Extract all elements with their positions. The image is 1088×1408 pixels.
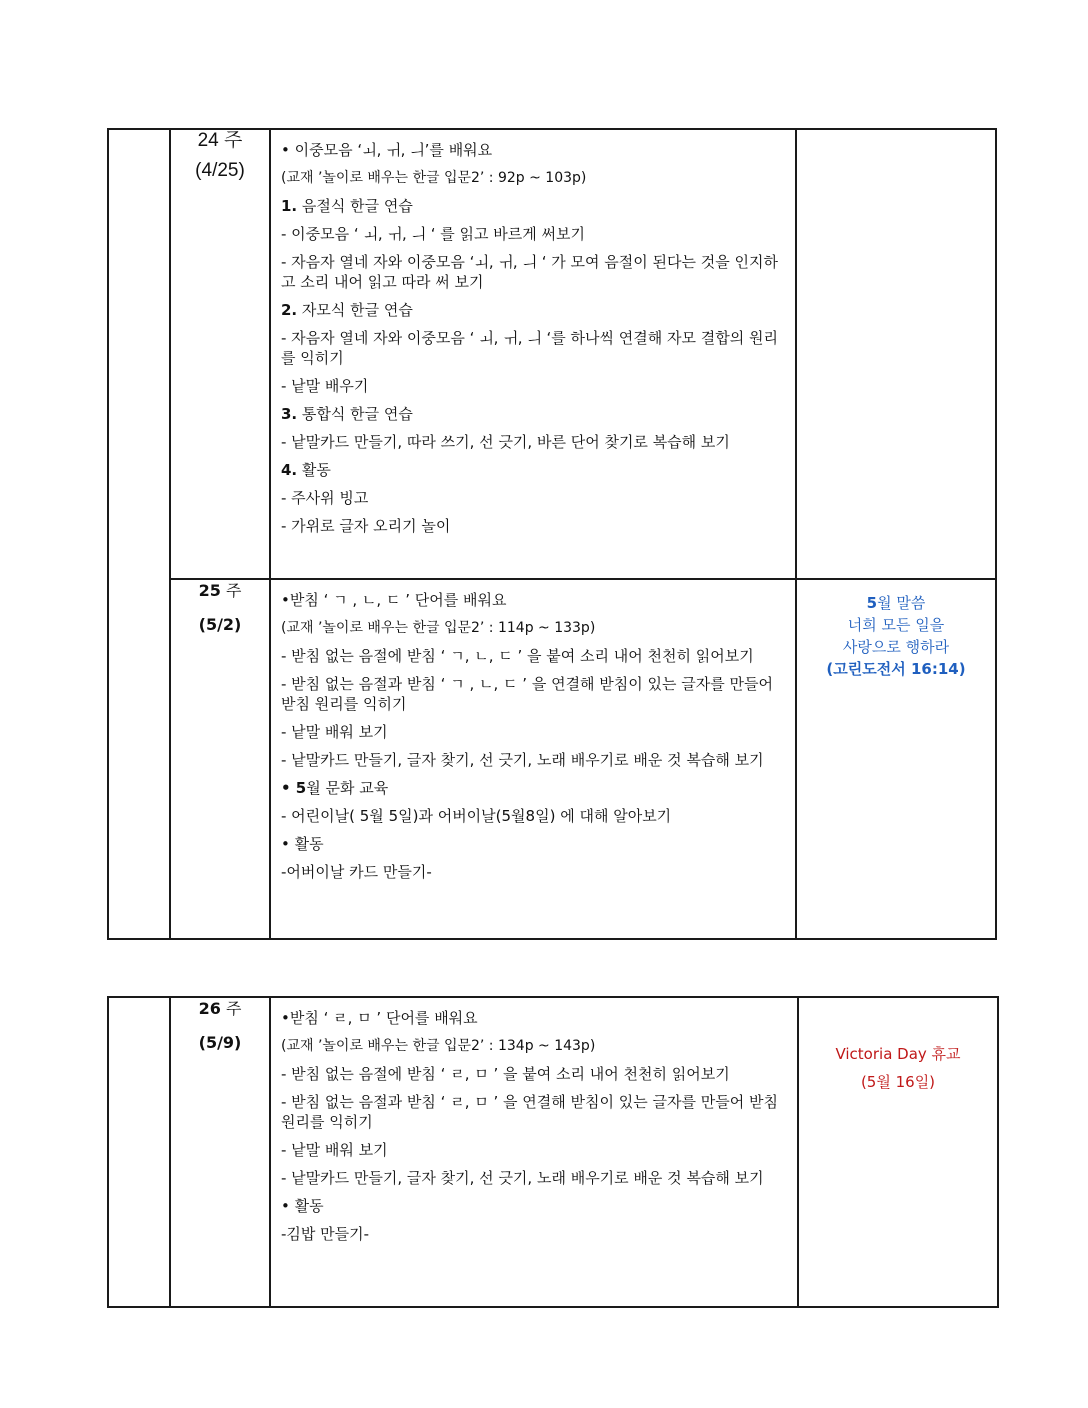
- week-label: 25 주: [171, 580, 269, 602]
- section-heading: 3. 통합식 한글 연습: [281, 404, 785, 424]
- curriculum-table-1: 24 주 (4/25) • 이중모음 ‘ㅚ, ㅟ, ㅢ’를 배워요 (교재 ’놀…: [107, 128, 997, 940]
- lesson-content-25: •받침 ‘ ㄱ , ㄴ, ㄷ ’ 단어를 배워요 (교재 ’놀이로 배우는 한글…: [270, 579, 796, 939]
- lesson-heading: • 이중모음 ‘ㅚ, ㅟ, ㅢ’를 배워요: [281, 140, 785, 160]
- week-date: (5/9): [171, 1032, 269, 1054]
- monthly-bible-verse: 5월 말씀 너희 모든 일을 사랑으로 행하라 (고린도전서 16:14): [797, 580, 995, 680]
- lesson-content-24: • 이중모음 ‘ㅚ, ㅟ, ㅢ’를 배워요 (교재 ’놀이로 배우는 한글 입문…: [270, 129, 796, 579]
- lesson-content-26: •받침 ‘ ㄹ, ㅁ ’ 단어를 배워요 (교재 ’놀이로 배우는 한글 입문2…: [270, 997, 798, 1307]
- lesson-item: - 가위로 글자 오리기 놀이: [281, 516, 785, 536]
- holiday-name: Victoria Day 휴교: [799, 1040, 997, 1068]
- lesson-item: - 받침 없는 음절에 받침 ‘ ㄱ, ㄴ, ㄷ ’ 을 붙여 소리 내어 천천…: [281, 646, 785, 666]
- note-cell-24: [796, 129, 996, 579]
- lesson-item: - 받침 없는 음절에 받침 ‘ ㄹ, ㅁ ’ 을 붙여 소리 내어 천천히 읽…: [281, 1064, 787, 1084]
- week-date: (5/2): [171, 614, 269, 636]
- lesson-item: - 낱말 배워 보기: [281, 1140, 787, 1160]
- lesson-item: - 낱말카드 만들기, 글자 찾기, 선 긋기, 노래 배우기로 배운 것 복습…: [281, 750, 785, 770]
- lesson-item: - 낱말 배우기: [281, 376, 785, 396]
- week-cell-24: 24 주 (4/25): [170, 129, 270, 579]
- textbook-reference: (교재 ’놀이로 배우는 한글 입문2’ : 92p ~ 103p): [281, 168, 785, 188]
- holiday-date: (5월 16일): [799, 1068, 997, 1096]
- lesson-item: - 낱말 배워 보기: [281, 722, 785, 742]
- curriculum-table-2: 26 주 (5/9) •받침 ‘ ㄹ, ㅁ ’ 단어를 배워요 (교재 ’놀이로…: [107, 996, 999, 1308]
- textbook-reference: (교재 ’놀이로 배우는 한글 입문2’ : 114p ~ 133p): [281, 618, 785, 638]
- lesson-item: - 받침 없는 음절과 받침 ‘ ㄹ, ㅁ ’ 을 연결해 받침이 있는 글자를…: [281, 1092, 787, 1132]
- week-cell-25: 25 주 (5/2): [170, 579, 270, 939]
- table-row-week-25: 25 주 (5/2) •받침 ‘ ㄱ , ㄴ, ㄷ ’ 단어를 배워요 (교재 …: [108, 579, 996, 939]
- section-heading: 4. 활동: [281, 460, 785, 480]
- week-cell-26: 26 주 (5/9): [170, 997, 270, 1307]
- lesson-item: - 낱말카드 만들기, 따라 쓰기, 선 긋기, 바른 단어 찾기로 복습해 보…: [281, 432, 785, 452]
- lesson-item: - 낱말카드 만들기, 글자 찾기, 선 긋기, 노래 배우기로 배운 것 복습…: [281, 1168, 787, 1188]
- section-heading: 2. 자모식 한글 연습: [281, 300, 785, 320]
- note-cell-25: 5월 말씀 너희 모든 일을 사랑으로 행하라 (고린도전서 16:14): [796, 579, 996, 939]
- note-cell-26: Victoria Day 휴교 (5월 16일): [798, 997, 998, 1307]
- lesson-heading: •받침 ‘ ㄹ, ㅁ ’ 단어를 배워요: [281, 1008, 787, 1028]
- lesson-item: -김밥 만들기-: [281, 1224, 787, 1244]
- holiday-notice: Victoria Day 휴교 (5월 16일): [799, 998, 997, 1096]
- verse-line: 사랑으로 행하라: [797, 636, 995, 658]
- lesson-item: - 주사위 빙고: [281, 488, 785, 508]
- lesson-item: - 어린이날( 5월 5일)과 어버이날(5월8일) 에 대해 알아보기: [281, 806, 785, 826]
- blank-cell: [108, 997, 170, 1307]
- lesson-item: - 이중모음 ‘ ㅚ, ㅟ, ㅢ ‘ 를 읽고 바르게 써보기: [281, 224, 785, 244]
- week-date: (4/25): [171, 160, 269, 182]
- verse-title: 5월 말씀: [797, 592, 995, 614]
- section-heading: 1. 음절식 한글 연습: [281, 196, 785, 216]
- week-label: 24 주: [171, 130, 269, 152]
- lesson-item: - 받침 없는 음절과 받침 ‘ ㄱ , ㄴ, ㄷ ’ 을 연결해 받침이 있는…: [281, 674, 785, 714]
- lesson-item: - 자음자 열네 자와 이중모음 ‘ㅚ, ㅟ, ㅢ ‘ 가 모여 음절이 된다는…: [281, 252, 785, 292]
- lesson-item: -어버이날 카드 만들기-: [281, 862, 785, 882]
- section-heading: • 활동: [281, 834, 785, 854]
- textbook-reference: (교재 ’놀이로 배우는 한글 입문2’ : 134p ~ 143p): [281, 1036, 787, 1056]
- table-row-week-24: 24 주 (4/25) • 이중모음 ‘ㅚ, ㅟ, ㅢ’를 배워요 (교재 ’놀…: [108, 129, 996, 579]
- table-row-week-26: 26 주 (5/9) •받침 ‘ ㄹ, ㅁ ’ 단어를 배워요 (교재 ’놀이로…: [108, 997, 998, 1307]
- verse-line: 너희 모든 일을: [797, 614, 995, 636]
- section-heading: • 5월 문화 교육: [281, 778, 785, 798]
- section-heading: • 활동: [281, 1196, 787, 1216]
- lesson-item: - 자음자 열네 자와 이중모음 ‘ ㅚ, ㅟ, ㅢ ‘를 하나씩 연결해 자모…: [281, 328, 785, 368]
- week-label: 26 주: [171, 998, 269, 1020]
- blank-cell: [108, 129, 170, 939]
- lesson-heading: •받침 ‘ ㄱ , ㄴ, ㄷ ’ 단어를 배워요: [281, 590, 785, 610]
- verse-reference: (고린도전서 16:14): [797, 658, 995, 680]
